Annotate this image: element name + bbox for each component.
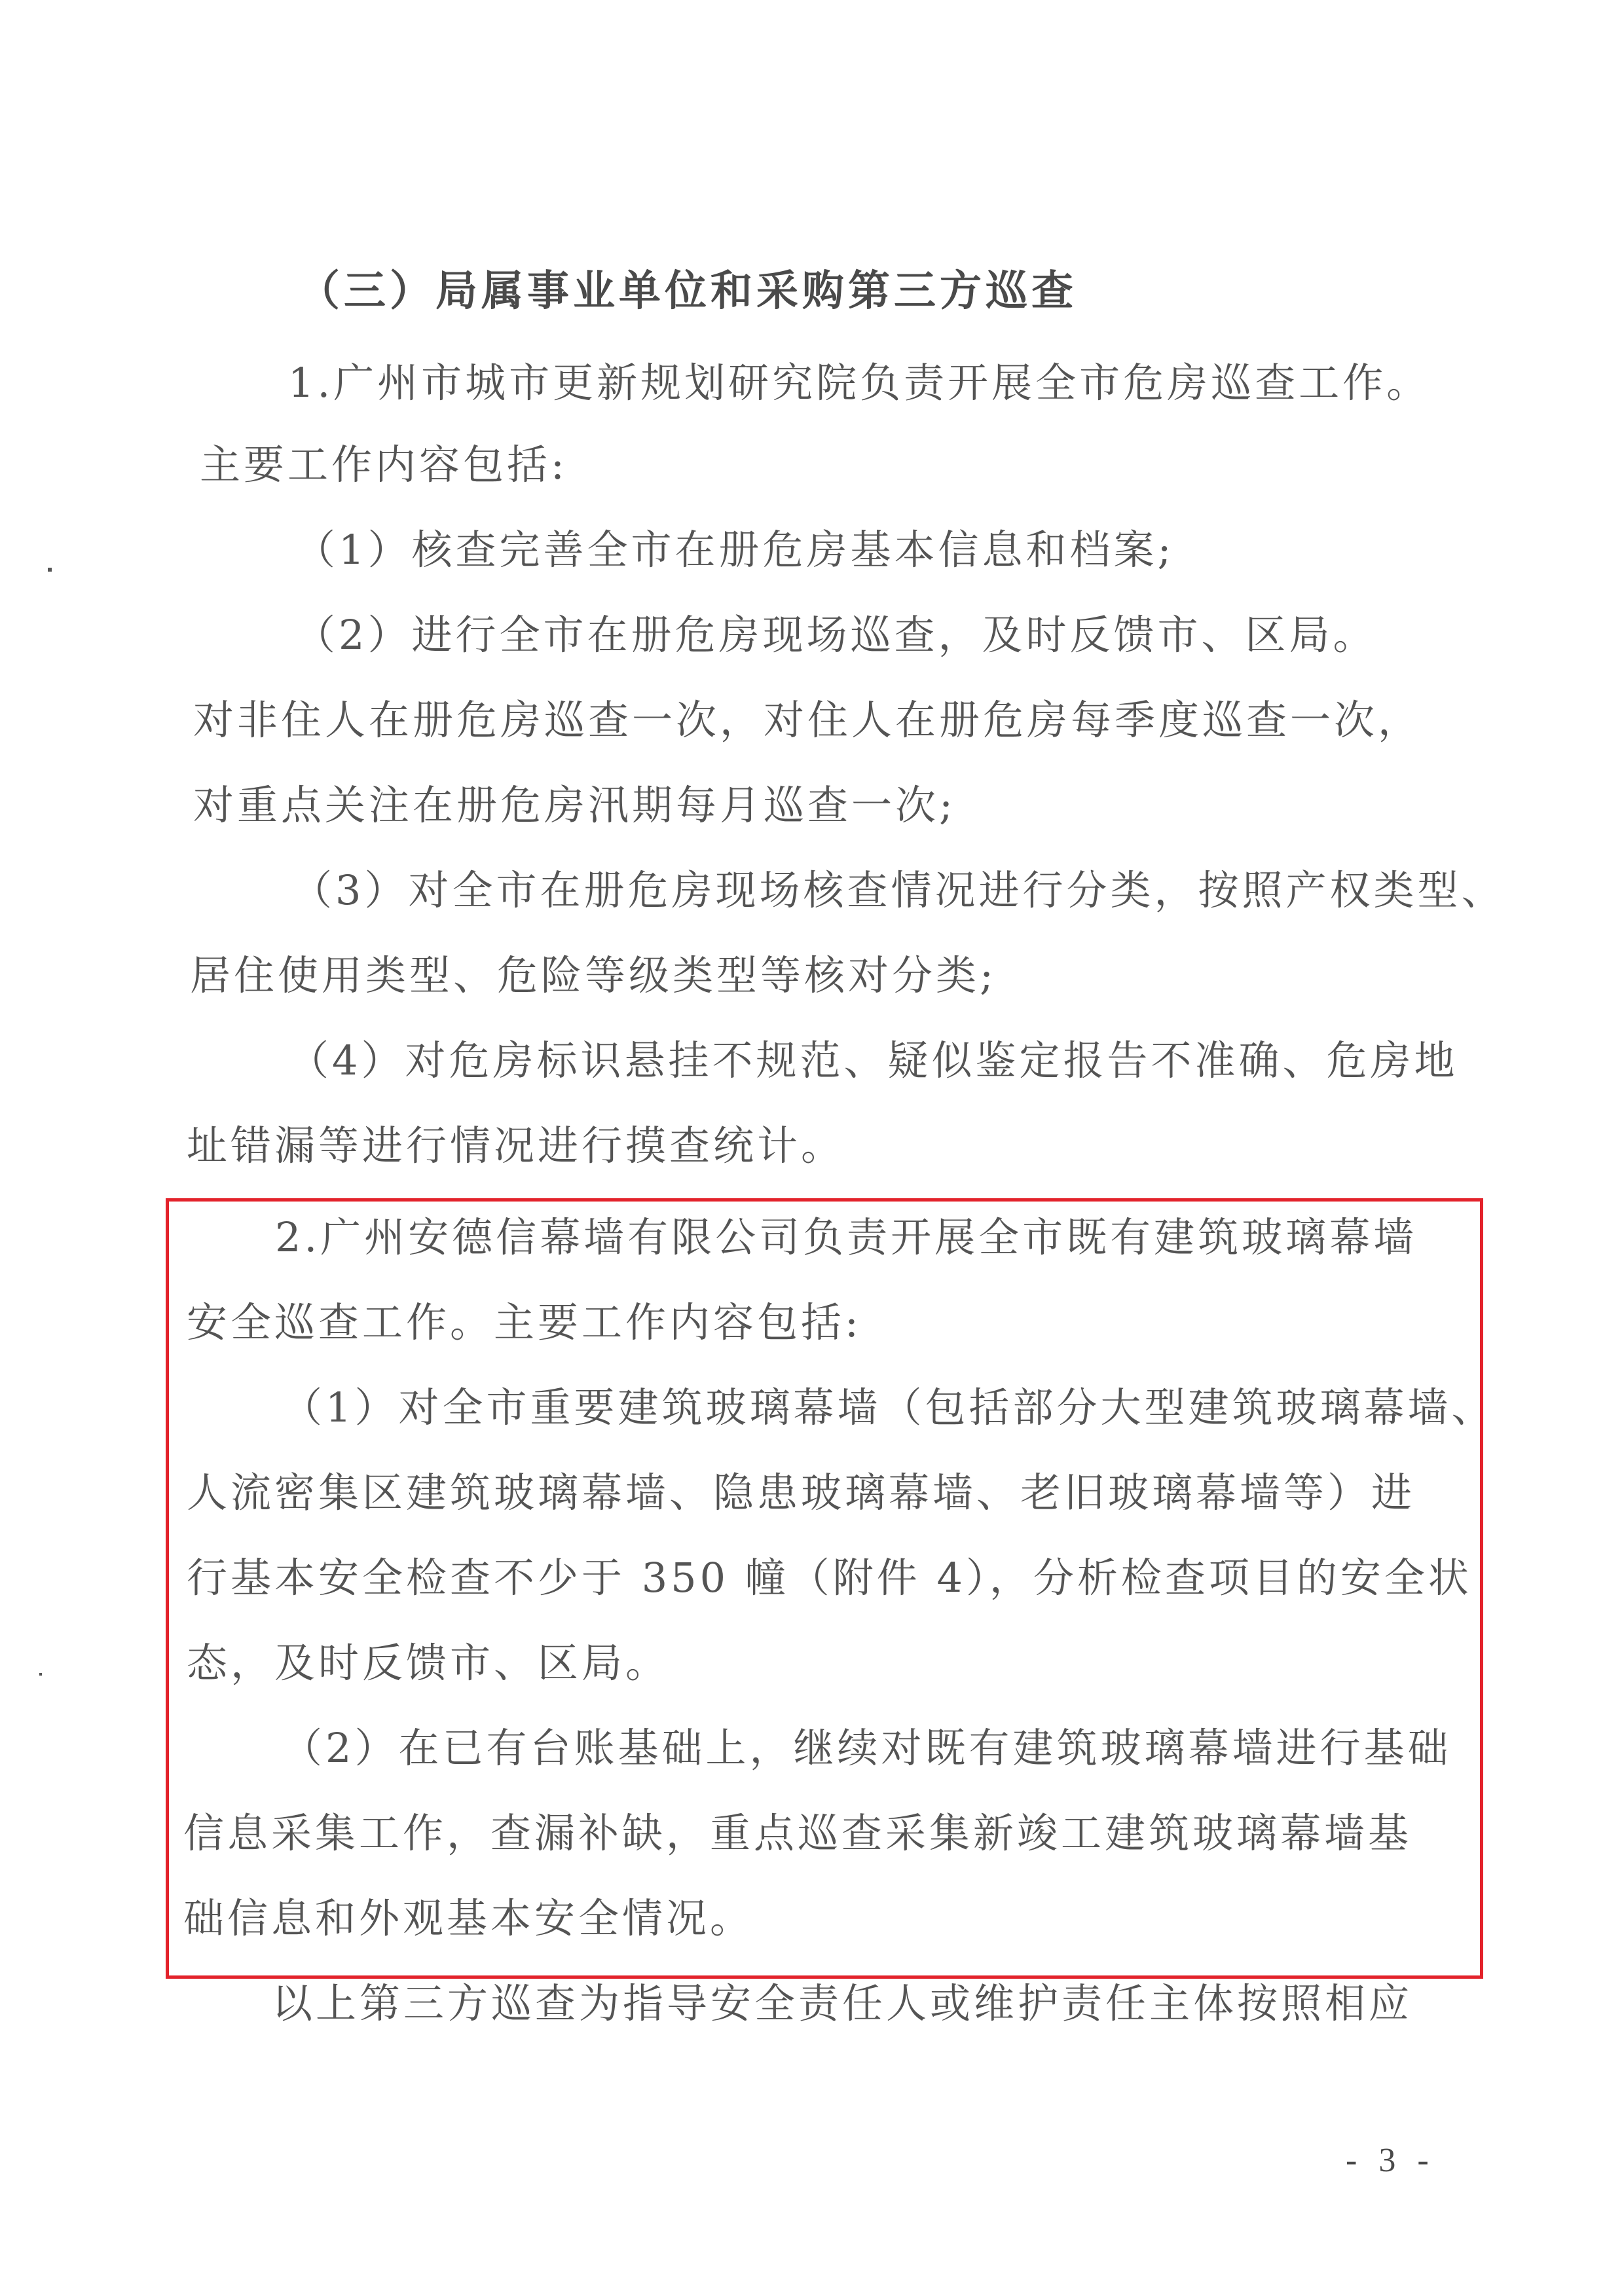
item1-sub2-line-3: 对重点关注在册危房汛期每月巡查一次; <box>193 779 956 832</box>
item1-sub3-line-1: （3）对全市在册危房现场核查情况进行分类，按照产权类型、 <box>291 864 1505 917</box>
item2-sub1-line-4: 态，及时反馈市、区局。 <box>187 1637 669 1689</box>
item1-sub3-line-2: 居住使用类型、危险等级类型等核对分类; <box>190 949 997 1002</box>
item2-sub2-line-1: （2）在已有台账基础上，继续对既有建筑玻璃幕墙进行基础 <box>282 1722 1451 1774</box>
item2-sub1-line-3: 行基本安全检查不少于 350 幢（附件 4），分析检查项目的安全状 <box>187 1552 1472 1604</box>
item1-sub1-line-1: （1）核查完善全市在册危房基本信息和档案; <box>295 524 1174 576</box>
scan-mark <box>48 568 52 572</box>
item2-sub2-line-2: 信息采集工作，查漏补缺，重点巡查采集新竣工建筑玻璃幕墙基 <box>183 1807 1412 1860</box>
closing-line: 以上第三方巡查为指导安全责任人或维护责任主体按照相应 <box>272 1977 1412 2030</box>
section-heading: （三）局属事业单位和采购第三方巡查 <box>298 265 1077 318</box>
item2-sub1-line-2: 人流密集区建筑玻璃幕墙、隐患玻璃幕墙、老旧玻璃幕墙等）进 <box>187 1467 1415 1519</box>
scan-mark <box>39 1673 42 1676</box>
item2-line-2: 安全巡查工作。主要工作内容包括: <box>187 1296 862 1349</box>
item2-line-1: 2.广州安德信幕墙有限公司负责开展全市既有建筑玻璃幕墙 <box>275 1211 1417 1264</box>
item2-sub2-line-3: 础信息和外观基本安全情况。 <box>183 1892 754 1945</box>
item1-sub4-line-1: （4）对危房标识悬挂不规范、疑似鉴定报告不准确、危房地 <box>288 1035 1458 1087</box>
item1-sub2-line-2: 对非住人在册危房巡查一次，对住人在册危房每季度巡查一次， <box>193 694 1422 746</box>
item1-line-2: 主要工作内容包括: <box>200 439 568 491</box>
page-number: - 3 - <box>1346 2141 1435 2180</box>
item1-line-1: 1.广州市城市更新规划研究院负责开展全市危房巡查工作。 <box>288 357 1430 409</box>
item2-sub1-line-1: （1）对全市重要建筑玻璃幕墙（包括部分大型建筑玻璃幕墙、 <box>282 1382 1495 1434</box>
item1-sub2-line-1: （2）进行全市在册危房现场巡查，及时反馈市、区局。 <box>295 609 1376 661</box>
item1-sub4-line-2: 址错漏等进行情况进行摸查统计。 <box>187 1120 845 1172</box>
